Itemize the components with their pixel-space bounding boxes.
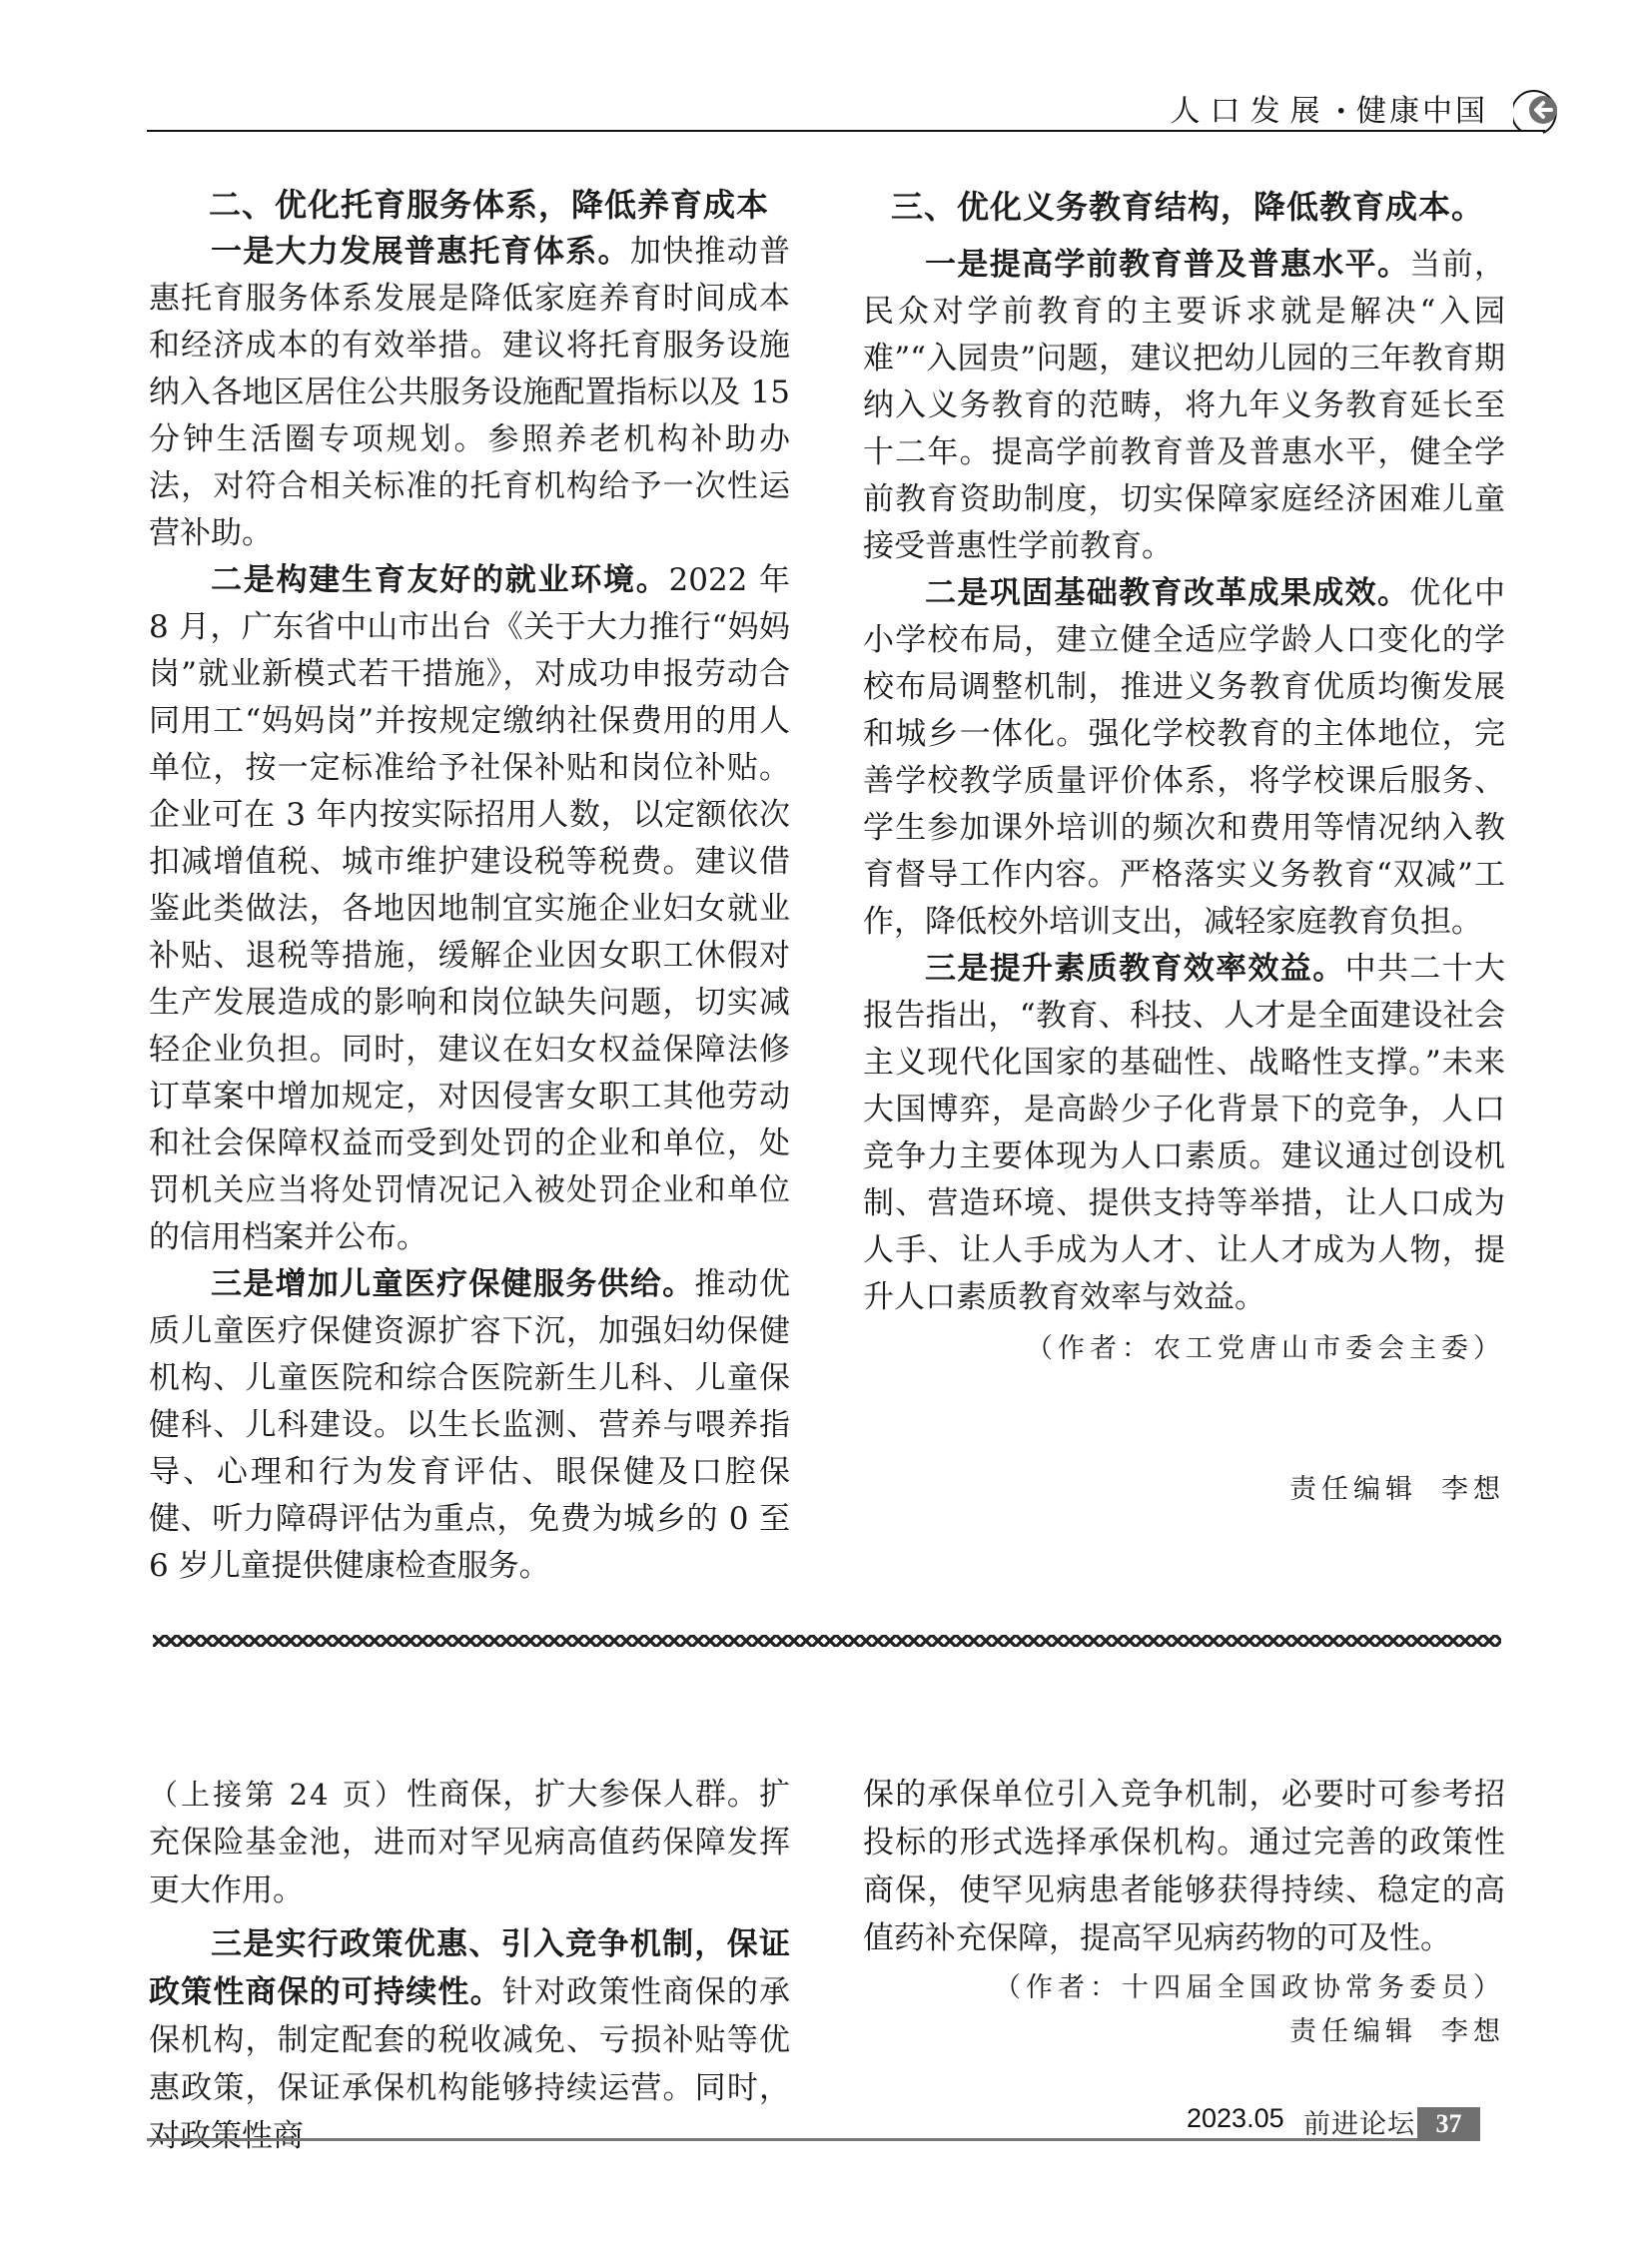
paragraph-text: 当前，民众对学前教育的主要诉求就是解决“入园难”“入园贵”问题，建议把幼儿园的三…	[863, 247, 1505, 564]
left-column: 二、优化托育服务体系，降低养育成本 一是大力发展普惠托育体系。加快推动普惠托育服…	[149, 182, 790, 1590]
back-arrow-circle-icon	[1513, 84, 1575, 136]
paragraph: 一是提高学前教育普及普惠水平。当前，民众对学前教育的主要诉求就是解决“入园难”“…	[863, 242, 1505, 570]
header-rule	[147, 130, 1545, 132]
author-byline: （作者：十四届全国政协常务委员）	[863, 1966, 1505, 2010]
running-head: 人口发展·健康中国	[999, 86, 1488, 130]
paragraph-lead: 二是构建生育友好的就业环境。	[211, 562, 669, 598]
section-name: 人口发展	[1171, 94, 1330, 129]
paragraph-text: 中共二十大报告指出，“教育、科技、人才是全面建设社会主义现代化国家的基础性、战略…	[863, 951, 1505, 1315]
diamond-divider	[153, 1635, 1501, 1647]
journal-name: 前进论坛	[1303, 2102, 1415, 2141]
issue-date: 2023.05	[1187, 2103, 1284, 2134]
right-column: 三、优化义务教育结构，降低教育成本。 一是提高学前教育普及普惠水平。当前，民众对…	[863, 182, 1505, 1513]
paragraph-lead: 三是增加儿童医疗保健服务供给。	[211, 1266, 694, 1302]
footer-rule	[147, 2138, 1417, 2141]
editor-label: 责任编辑	[1289, 1474, 1417, 1505]
paragraph: （上接第 24 页）性商保，扩大参保人群。扩充保险基金池，进而对罕见病高值药保障…	[149, 1771, 790, 1914]
paragraph: 二是构建生育友好的就业环境。2022 年 8 月，广东省中山市出台《关于大力推行…	[149, 557, 790, 1261]
paragraph-lead: 二是巩固基础教育改革成果成效。	[925, 575, 1409, 611]
paragraph-text: 推动优质儿童医疗保健资源扩容下沉，加强妇幼保健机构、儿童医院和综合医院新生儿科、…	[149, 1266, 790, 1584]
editor-label: 责任编辑	[1289, 2016, 1417, 2047]
editor-name: 李想	[1441, 2016, 1505, 2047]
paragraph-text: 加快推动普惠托育服务体系发展是降低家庭养育时间成本和经济成本的有效举措。建议将托…	[149, 234, 790, 551]
section-heading-education: 三、优化义务教育结构，降低教育成本。	[863, 182, 1505, 242]
paragraph-text: 优化中小学校布局，建立健全适应学龄人口变化的学校布局调整机制，推进义务教育优质均…	[863, 575, 1505, 940]
paragraph-text: 保的承保单位引入竞争机制，必要时可参考招投标的形式选择承保机构。通过完善的政策性…	[863, 1777, 1505, 1956]
section-heading-childcare: 二、优化托育服务体系，降低养育成本	[149, 182, 790, 229]
paragraph-text: 2022 年 8 月，广东省中山市出台《关于大力推行“妈妈岗”就业新模式若干措施…	[149, 562, 790, 1255]
page-number: 37	[1417, 2107, 1480, 2141]
paragraph: 二是巩固基础教育改革成果成效。优化中小学校布局，建立健全适应学龄人口变化的学校布…	[863, 570, 1505, 946]
paragraph: 保的承保单位引入竞争机制，必要时可参考招投标的形式选择承保机构。通过完善的政策性…	[863, 1771, 1505, 1962]
continuation-note: （上接第 24 页）	[149, 1778, 407, 1812]
editor-name: 李想	[1441, 1474, 1505, 1505]
paragraph-lead: 三是提升素质教育效率效益。	[925, 951, 1345, 987]
paragraph-lead: 一是提高学前教育普及普惠水平。	[925, 247, 1409, 283]
responsible-editor: 责任编辑李想	[863, 2010, 1505, 2054]
author-byline: （作者：农工党唐山市委会主委）	[863, 1325, 1505, 1372]
continued-article-right: 保的承保单位引入竞争机制，必要时可参考招投标的形式选择承保机构。通过完善的政策性…	[863, 1771, 1505, 2054]
paragraph: 三是提升素质教育效率效益。中共二十大报告指出，“教育、科技、人才是全面建设社会主…	[863, 946, 1505, 1321]
paragraph: 三是实行政策优惠、引入竞争机制，保证政策性商保的可持续性。针对政策性商保的承保机…	[149, 1920, 790, 2160]
paragraph: 三是增加儿童医疗保健服务供给。推动优质儿童医疗保健资源扩容下沉，加强妇幼保健机构…	[149, 1261, 790, 1590]
separator-dot: ·	[1336, 94, 1350, 129]
paragraph-lead: 一是大力发展普惠托育体系。	[211, 234, 630, 270]
continued-article-left: （上接第 24 页）性商保，扩大参保人群。扩充保险基金池，进而对罕见病高值药保障…	[149, 1771, 790, 2160]
column-topic: 健康中国	[1356, 94, 1488, 129]
responsible-editor: 责任编辑李想	[863, 1466, 1505, 1513]
paragraph: 一是大力发展普惠托育体系。加快推动普惠托育服务体系发展是降低家庭养育时间成本和经…	[149, 229, 790, 557]
